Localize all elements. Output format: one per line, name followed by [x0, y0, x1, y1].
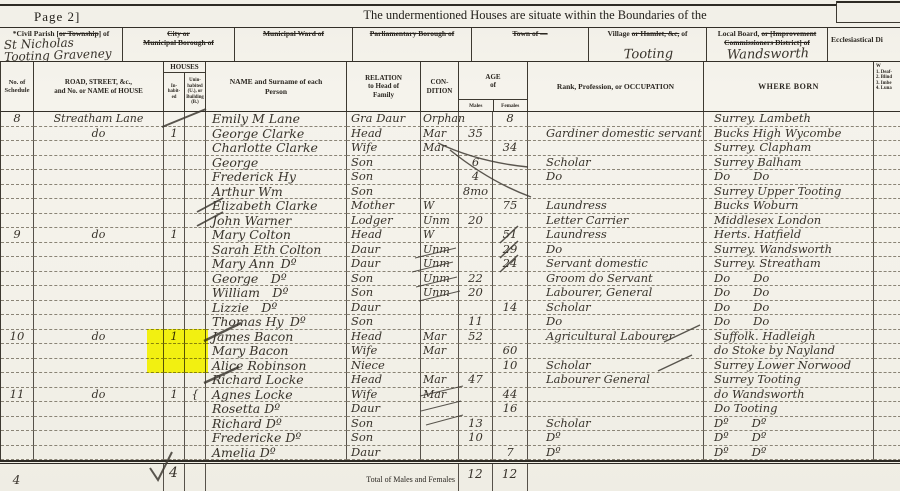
cell-hi [164, 214, 185, 229]
cell-hu [185, 402, 206, 417]
table-row: Thomas Hy DºSon11DoDo Do [1, 315, 900, 330]
cell-cond: Mar [421, 344, 459, 359]
cell-af [493, 330, 528, 345]
cell-dis [874, 373, 900, 388]
cell-cond [421, 359, 459, 374]
cell-road [34, 402, 164, 417]
cell-rel: Son [347, 417, 421, 432]
cell-sched [1, 243, 34, 258]
locbox-parliamentary-borough: Parliamentary Borough of [353, 28, 472, 61]
cell-dis [874, 228, 900, 243]
cell-occ: Laundress [528, 199, 704, 214]
cell-hi [164, 417, 185, 432]
cell-rel: Head [347, 228, 421, 243]
cell-name: George Dº [206, 272, 347, 287]
cell-sched [1, 301, 34, 316]
cell-sched [1, 315, 34, 330]
local-board-value: Wandsworth [711, 48, 825, 61]
cell-hu [185, 417, 206, 432]
page-label: Page 2] [34, 9, 80, 25]
cell-road: Streatham Lane [34, 112, 164, 127]
totals-divider [527, 464, 528, 491]
table-row: Charlotte ClarkeWifeMar34Surrey. Clapham [1, 141, 900, 156]
locbox-town: Town of — [472, 28, 589, 61]
cell-road: do [34, 330, 164, 345]
locbox-village: Village or Hamlet, &c, of Tooting [589, 28, 707, 61]
cell-name: Elizabeth Clarke [206, 199, 347, 214]
cell-hi [164, 344, 185, 359]
cell-occ: Servant domestic [528, 257, 704, 272]
cell-am: 22 [459, 272, 493, 287]
cell-am [459, 112, 493, 127]
table-row: George DºSonUnm22Groom do ServantDo Do [1, 272, 900, 287]
cell-dis [874, 170, 900, 185]
cell-am [459, 243, 493, 258]
cell-road: do [34, 127, 164, 142]
cell-rel: Lodger [347, 214, 421, 229]
location-header-row: *Civil Parish [or Township] of St Nichol… [0, 27, 900, 62]
cell-born: Surrey. Clapham [704, 141, 874, 156]
cell-am: 11 [459, 315, 493, 330]
cell-occ: Labourer, General [528, 286, 704, 301]
cell-born: Surrey. Lambeth [704, 112, 874, 127]
cell-name: Arthur Wm [206, 185, 347, 200]
cell-am: 8mo [459, 185, 493, 200]
cell-hi [164, 112, 185, 127]
cell-born: Surrey Tooting [704, 373, 874, 388]
header-condition: CON- DITION [421, 62, 459, 111]
cell-am [459, 141, 493, 156]
header-relation: RELATION to Head of Family [347, 62, 421, 111]
cell-dis [874, 344, 900, 359]
cell-hu [185, 112, 206, 127]
table-row: Alice RobinsonNiece10ScholarSurrey Lower… [1, 359, 900, 374]
ecclesiastical-district-label: Ecclesiastical Di [828, 36, 900, 45]
cell-road: do [34, 388, 164, 403]
cell-am: 35 [459, 127, 493, 142]
cell-am [459, 301, 493, 316]
cell-road [34, 286, 164, 301]
cell-name: Mary Ann Dº [206, 257, 347, 272]
cell-sched [1, 257, 34, 272]
cell-occ: Dº [528, 431, 704, 446]
cell-rel: Daur [347, 243, 421, 258]
cell-af: 60 [493, 344, 528, 359]
municipal-ward-label: Municipal Ward of [235, 30, 352, 39]
cell-sched [1, 344, 34, 359]
cell-sched [1, 185, 34, 200]
table-row: Richard DºSon13ScholarDº Dº [1, 417, 900, 432]
cell-dis [874, 127, 900, 142]
cell-name: John Warner [206, 214, 347, 229]
cell-cond [421, 156, 459, 171]
cell-af [493, 156, 528, 171]
cell-dis [874, 185, 900, 200]
cell-name: Rosetta Dº [206, 402, 347, 417]
table-row: Mary BaconWifeMar60do Stoke by Nayland [1, 344, 900, 359]
town-label: Town of — [472, 30, 588, 39]
cell-cond: Unm [421, 214, 459, 229]
cell-am: 4 [459, 170, 493, 185]
cell-af [493, 417, 528, 432]
header-age-group: AGE of Males Females [459, 62, 528, 111]
cell-cond [421, 417, 459, 432]
cell-born: do Stoke by Nayland [704, 344, 874, 359]
header-age: AGE of [459, 62, 527, 99]
cell-cond [421, 446, 459, 461]
cell-occ [528, 402, 704, 417]
header-schedule: No. of Schedule [1, 62, 34, 111]
cell-rel: Daur [347, 446, 421, 461]
cell-rel: Niece [347, 359, 421, 374]
cell-rel: Head [347, 330, 421, 345]
cell-name: James Bacon [206, 330, 347, 345]
cell-occ: Scholar [528, 156, 704, 171]
header-occupation: Rank, Profession, or OCCUPATION [528, 62, 704, 111]
cell-cond [421, 170, 459, 185]
cell-af: 44 [493, 388, 528, 403]
table-row: 9do1Mary ColtonHeadW51LaundressHerts. Ha… [1, 228, 900, 243]
cell-occ: Dº [528, 446, 704, 461]
cell-road [34, 185, 164, 200]
cell-sched: 9 [1, 228, 34, 243]
cell-name: Emily M Lane [206, 112, 347, 127]
cell-sched [1, 127, 34, 142]
cell-road [34, 373, 164, 388]
cell-road [34, 214, 164, 229]
cell-road [34, 359, 164, 374]
parliamentary-borough-label: Parliamentary Borough of [353, 30, 471, 39]
total-schedules: 4 [0, 473, 33, 487]
cell-af [493, 272, 528, 287]
table-row: 11do1{Agnes LockeWifeMar44do Wandsworth [1, 388, 900, 403]
cell-am [459, 388, 493, 403]
cell-name: George Clarke [206, 127, 347, 142]
cell-road [34, 344, 164, 359]
cell-born: Do Do [704, 301, 874, 316]
cell-hi [164, 359, 185, 374]
header-age-females: Females [494, 100, 528, 111]
cell-am [459, 446, 493, 461]
total-males: 12 [458, 467, 492, 481]
cell-dis [874, 330, 900, 345]
locbox-civil-parish: *Civil Parish [or Township] of St Nichol… [0, 28, 123, 61]
cell-af: 24 [493, 257, 528, 272]
locbox-municipal-ward: Municipal Ward of [235, 28, 353, 61]
cell-born: Dº Dº [704, 431, 874, 446]
cell-hu [185, 315, 206, 330]
cell-hu [185, 199, 206, 214]
document-title: The undermentioned Houses are situate wi… [363, 8, 706, 23]
cell-hi [164, 315, 185, 330]
cell-af: 29 [493, 243, 528, 258]
cell-cond [421, 185, 459, 200]
table-row: 10do1James BaconHeadMar52Agricultural La… [1, 330, 900, 345]
cell-occ: Scholar [528, 417, 704, 432]
cell-cond: Mar [421, 388, 459, 403]
cell-name: Thomas Hy Dº [206, 315, 347, 330]
cell-sched [1, 417, 34, 432]
cell-dis [874, 257, 900, 272]
cell-rel: Son [347, 431, 421, 446]
cell-af [493, 431, 528, 446]
cell-born: Suffolk. Hadleigh [704, 330, 874, 345]
cell-born: Surrey Upper Tooting [704, 185, 874, 200]
cell-cond [421, 402, 459, 417]
table-row: Lizzie DºDaur14ScholarDo Do [1, 301, 900, 316]
cell-hi [164, 156, 185, 171]
cell-hi [164, 431, 185, 446]
cell-dis [874, 388, 900, 403]
cell-rel: Son [347, 185, 421, 200]
cell-dis [874, 156, 900, 171]
cell-name: Richard Locke [206, 373, 347, 388]
cell-sched [1, 141, 34, 156]
cell-dis [874, 402, 900, 417]
cell-af: 7 [493, 446, 528, 461]
cell-born: Dº Dº [704, 446, 874, 461]
cell-rel: Wife [347, 344, 421, 359]
cell-am: 13 [459, 417, 493, 432]
cell-dis [874, 417, 900, 432]
cell-road [34, 156, 164, 171]
cell-hu [185, 272, 206, 287]
cell-cond: W [421, 228, 459, 243]
top-right-box [836, 1, 900, 23]
cell-hi [164, 402, 185, 417]
cell-born: Surrey. Streatham [704, 257, 874, 272]
cell-hu [185, 286, 206, 301]
cell-occ: Do [528, 315, 704, 330]
cell-name: George [206, 156, 347, 171]
cell-dis [874, 272, 900, 287]
cell-occ: Scholar [528, 359, 704, 374]
cell-occ [528, 185, 704, 200]
cell-rel: Gra Daur [347, 112, 421, 127]
cell-hu [185, 301, 206, 316]
census-sheet: Page 2] The undermentioned Houses are si… [0, 0, 900, 491]
cell-rel: Mother [347, 199, 421, 214]
cell-occ: Groom do Servant [528, 272, 704, 287]
cell-name: Frederick Hy [206, 170, 347, 185]
cell-hu [185, 228, 206, 243]
header-houses-uninhabited: Unin- habited (U.), or Building (B.) [185, 73, 205, 111]
cell-rel: Wife [347, 388, 421, 403]
cell-sched [1, 431, 34, 446]
cell-name: Mary Bacon [206, 344, 347, 359]
cell-hu [185, 243, 206, 258]
cell-born: do Wandsworth [704, 388, 874, 403]
table-row: GeorgeSon6ScholarSurrey Balham [1, 156, 900, 171]
cell-occ [528, 141, 704, 156]
cell-hu [185, 214, 206, 229]
cell-cond: Unm [421, 286, 459, 301]
locbox-municipal-borough: City orMunicipal Borough of [123, 28, 235, 61]
cell-hu [185, 359, 206, 374]
header-where-born: WHERE BORN [704, 62, 874, 111]
cell-born: Surrey Lower Norwood [704, 359, 874, 374]
cell-dis [874, 431, 900, 446]
cell-hi [164, 257, 185, 272]
table-row: Arthur WmSon8moSurrey Upper Tooting [1, 185, 900, 200]
cell-hi [164, 185, 185, 200]
cell-sched [1, 359, 34, 374]
cell-am: 47 [459, 373, 493, 388]
cell-occ [528, 388, 704, 403]
cell-hi: 1 [164, 127, 185, 142]
cell-am [459, 228, 493, 243]
cell-born: Do Do [704, 272, 874, 287]
census-rows: 8Streatham LaneEmily M LaneGra DaurOrpha… [0, 112, 900, 460]
cell-sched [1, 446, 34, 461]
cell-hi [164, 446, 185, 461]
cell-dis [874, 359, 900, 374]
cell-cond: Mar [421, 373, 459, 388]
cell-sched [1, 286, 34, 301]
cell-hi [164, 243, 185, 258]
cell-road [34, 141, 164, 156]
cell-dis [874, 243, 900, 258]
header-houses-group: HOUSES In- habit- ed Unin- habited (U.),… [164, 62, 206, 111]
cell-sched: 11 [1, 388, 34, 403]
cell-sched [1, 402, 34, 417]
cell-dis [874, 214, 900, 229]
village-value: Tooting [593, 48, 704, 61]
cell-born: Do Do [704, 286, 874, 301]
cell-dis [874, 301, 900, 316]
cell-am [459, 199, 493, 214]
table-row: John WarnerLodgerUnm20Letter CarrierMidd… [1, 214, 900, 229]
cell-born: Surrey. Wandsworth [704, 243, 874, 258]
cell-hu: { [185, 388, 206, 403]
cell-cond: Mar [421, 141, 459, 156]
cell-sched [1, 199, 34, 214]
cell-occ [528, 344, 704, 359]
cell-am [459, 359, 493, 374]
cell-name: Mary Colton [206, 228, 347, 243]
cell-dis [874, 112, 900, 127]
cell-af [493, 286, 528, 301]
cell-road [34, 257, 164, 272]
cell-am: 20 [459, 286, 493, 301]
cell-af: 51 [493, 228, 528, 243]
cell-hu [185, 185, 206, 200]
cell-cond [421, 315, 459, 330]
cell-occ: Do [528, 170, 704, 185]
cell-born: Bucks Woburn [704, 199, 874, 214]
cell-hi [164, 199, 185, 214]
cell-rel: Wife [347, 141, 421, 156]
cell-af [493, 373, 528, 388]
cell-born: Do Tooting [704, 402, 874, 417]
cell-cond [421, 431, 459, 446]
cell-cond: Unm [421, 257, 459, 272]
column-header-row: No. of Schedule ROAD, STREET, &c., and N… [0, 62, 900, 112]
cell-road [34, 417, 164, 432]
table-row: Sarah Eth ColtonDaurUnm29DoSurrey. Wands… [1, 243, 900, 258]
cell-hu [185, 344, 206, 359]
locbox-ecclesiastical-district: Ecclesiastical Di [828, 28, 900, 61]
locbox-local-board: Local Board, or [ImprovementCommissioner… [707, 28, 828, 61]
cell-af: 75 [493, 199, 528, 214]
cell-rel: Son [347, 315, 421, 330]
cell-hu [185, 170, 206, 185]
cell-af: 16 [493, 402, 528, 417]
cell-born: Dº Dº [704, 417, 874, 432]
cell-born: Herts. Hatfield [704, 228, 874, 243]
cell-cond: Unm [421, 272, 459, 287]
cell-road [34, 315, 164, 330]
cell-am: 10 [459, 431, 493, 446]
cell-af: 14 [493, 301, 528, 316]
header-name: NAME and Surname of each Person [206, 62, 347, 111]
cell-hu [185, 141, 206, 156]
cell-hi [164, 272, 185, 287]
cell-rel: Daur [347, 402, 421, 417]
cell-sched [1, 170, 34, 185]
cell-dis [874, 141, 900, 156]
table-row: Rosetta DºDaur16Do Tooting [1, 402, 900, 417]
cell-hi [164, 286, 185, 301]
table-row: Amelia DºDaur7DºDº Dº [1, 446, 900, 461]
header-houses: HOUSES [164, 62, 205, 73]
cell-cond: Mar [421, 127, 459, 142]
cell-sched [1, 156, 34, 171]
cell-name: Agnes Locke [206, 388, 347, 403]
cell-road [34, 199, 164, 214]
cell-dis [874, 199, 900, 214]
municipal-borough-label: City orMunicipal Borough of [123, 30, 234, 47]
cell-name: Charlotte Clarke [206, 141, 347, 156]
table-row: Fredericke DºSon10DºDº Dº [1, 431, 900, 446]
cell-dis [874, 286, 900, 301]
cell-name: Richard Dº [206, 417, 347, 432]
cell-occ: Letter Carrier [528, 214, 704, 229]
cell-cond: Orphan [421, 112, 459, 127]
cell-rel: Son [347, 156, 421, 171]
cell-af: 34 [493, 141, 528, 156]
cell-sched [1, 214, 34, 229]
cell-af: 8 [493, 112, 528, 127]
cell-sched [1, 373, 34, 388]
cell-hu [185, 373, 206, 388]
village-label: Village or Hamlet, &c, of [589, 30, 706, 39]
cell-name: William Dº [206, 286, 347, 301]
cell-af [493, 170, 528, 185]
cell-road [34, 446, 164, 461]
cell-af [493, 315, 528, 330]
cell-dis [874, 315, 900, 330]
cell-cond: Unm [421, 243, 459, 258]
header-road: ROAD, STREET, &c., and No. or NAME of HO… [34, 62, 164, 111]
cell-hu [185, 446, 206, 461]
cell-hi [164, 301, 185, 316]
cell-hu [185, 156, 206, 171]
cell-sched: 10 [1, 330, 34, 345]
cell-hi: 1 [164, 228, 185, 243]
cell-rel: Son [347, 272, 421, 287]
top-rule [0, 4, 836, 6]
cell-af [493, 127, 528, 142]
local-board-label: Local Board, or [ImprovementCommissioner… [707, 30, 827, 47]
cell-road [34, 170, 164, 185]
civil-parish-value: St Nicholas Tooting Graveney [4, 35, 121, 61]
cell-road [34, 431, 164, 446]
table-row: do1George ClarkeHeadMar35Gardiner domest… [1, 127, 900, 142]
cell-am [459, 344, 493, 359]
cell-born: Do Do [704, 315, 874, 330]
table-row: 8Streatham LaneEmily M LaneGra DaurOrpha… [1, 112, 900, 127]
